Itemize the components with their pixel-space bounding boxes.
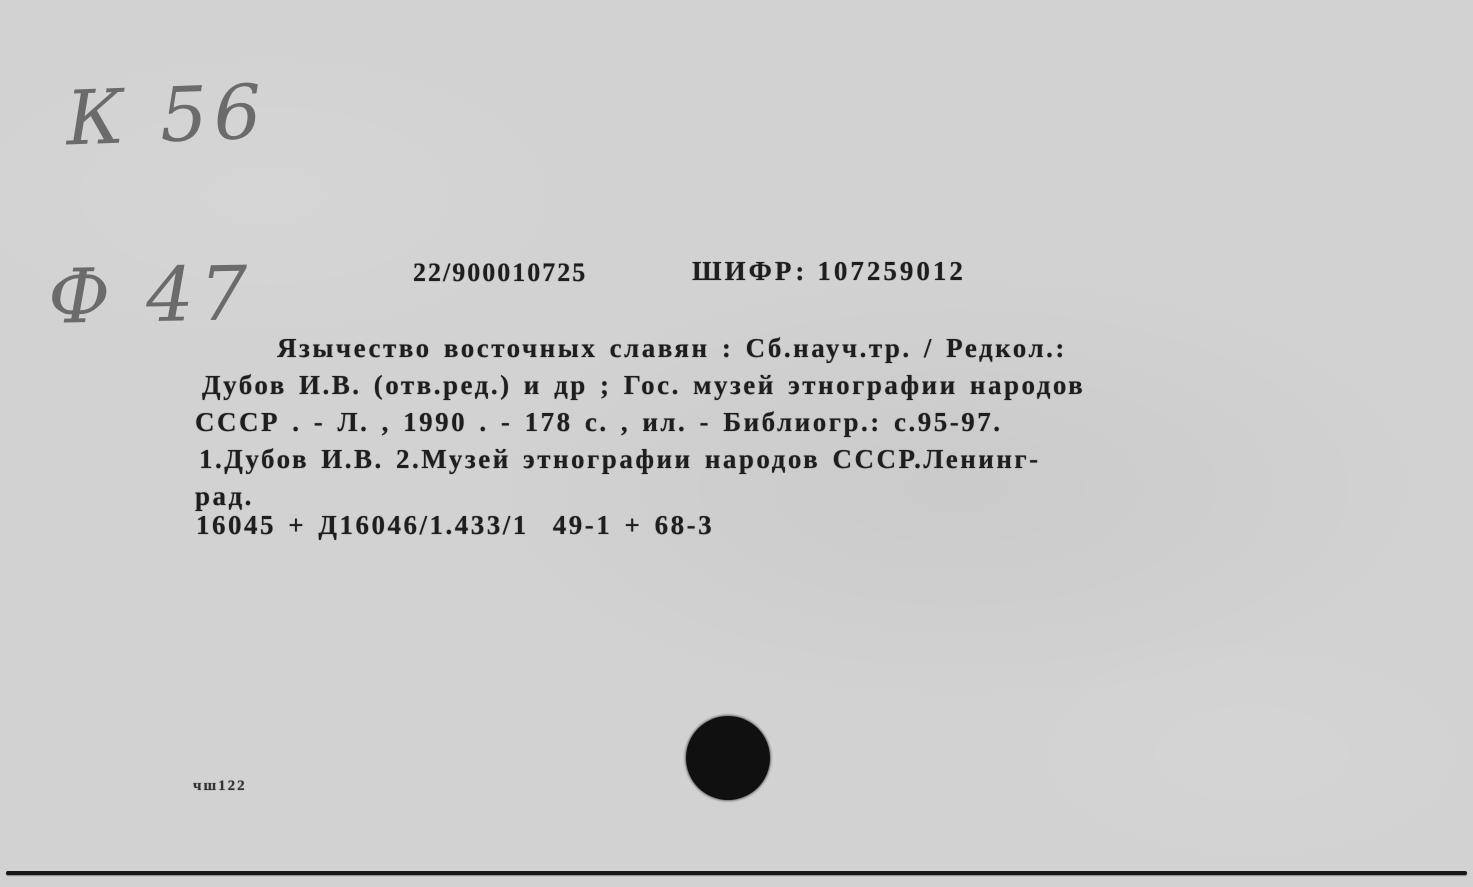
bib-added-entries-line: 1.Дубов И.В. 2.Музей этнографии народов … (199, 445, 1041, 473)
bib-call-number-line: 16045 + Д16046/1.433/149-1 + 68-3 (196, 511, 714, 539)
cipher-value: 107259012 (817, 256, 966, 286)
call-number: 16045 + Д16046/1.433/1 (196, 510, 529, 540)
handwritten-classmark-top: К 56 (65, 75, 269, 157)
hole-punch-dot (686, 716, 770, 800)
cipher-label: ШИФР: (692, 256, 807, 286)
form-number-stamp: чш122 (193, 778, 247, 795)
record-number: 22/900010725 (413, 259, 587, 286)
cipher-field: ШИФР:107259012 (692, 257, 966, 285)
bib-imprint-line: СССР . - Л. , 1990 . - 178 с. , ил. - Би… (195, 408, 1002, 436)
bib-title-line: Язычество восточных славян : Сб.науч.тр.… (277, 334, 1067, 362)
bib-added-entries-continuation: рад. (195, 482, 254, 510)
fund-codes: 49-1 + 68-3 (553, 510, 714, 540)
card-bottom-edge-line (6, 871, 1467, 875)
handwritten-classmark-left: Ф 47 (47, 256, 254, 335)
bib-editors-line: Дубов И.В. (отв.ред.) и др ; Гос. музей … (202, 371, 1085, 399)
catalog-card-scan: К 56 Ф 47 22/900010725 ШИФР:107259012 Яз… (0, 0, 1473, 887)
